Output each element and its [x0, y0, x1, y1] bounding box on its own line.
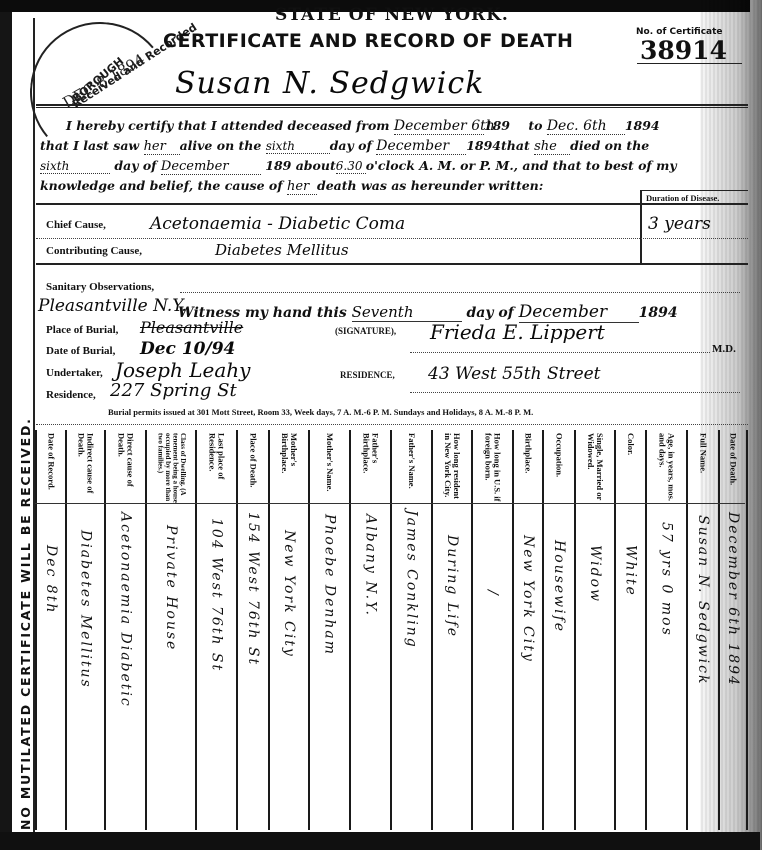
column-header: Birthplace. [514, 433, 542, 503]
undertaker-residence-label: RESIDENCE, [340, 370, 395, 380]
side-warning: NO MUTILATED CERTIFICATE WILL BE RECEIVE… [18, 417, 33, 830]
column-header: Mother's Birthplace. [270, 433, 308, 503]
column-header: Single, Married or Widowed. [576, 433, 614, 503]
cell-date-of-death: December 6th 1894 [720, 512, 746, 687]
certificate-number-underline [637, 63, 742, 64]
scan-shadow-right [700, 0, 762, 850]
table-header-separator [35, 503, 745, 504]
column-header: Date of Record. [37, 433, 65, 503]
burial-place-value: Pleasantville [140, 318, 243, 337]
column-header: Occupation. [544, 433, 574, 503]
physician-signature: Frieda E. Lippert [430, 320, 605, 344]
column-header: Full Name. [688, 433, 718, 503]
divider [36, 203, 748, 205]
cell-class-of-dwelling: Private House [147, 525, 195, 651]
cell-occupation: Housewife [544, 540, 574, 633]
cert-line-1: I hereby certify that I attended decease… [66, 118, 660, 135]
undertaker-label: Undertaker, [46, 367, 103, 379]
title-of: OF [463, 30, 493, 52]
cert-line-3: sixth day of December 189 about6.30o'clo… [40, 158, 677, 175]
residence-value: 227 Spring St [110, 380, 237, 401]
cell-age: 57 yrs 0 mos [647, 522, 686, 637]
sanitary-label: Sanitary Observations, [46, 281, 154, 293]
burial-date-value: Dec 10/94 [140, 339, 235, 359]
cert-line-4: knowledge and belief, the cause of herde… [40, 178, 543, 195]
dotted-rule [36, 424, 748, 425]
column-header: Indirect cause of Death. [67, 433, 104, 503]
cell-full-name: Susan N. Sedgwick [688, 515, 718, 685]
column-header: How long resident in New York City. [433, 433, 471, 503]
certificate-number: 38914 [640, 36, 727, 65]
last-seen-month: December [376, 138, 466, 155]
cell-marital-status: Widow [576, 545, 614, 603]
scan-border-bottom [0, 832, 760, 850]
cell-years-in-us: / [473, 590, 512, 597]
cell-mother-birthplace: New York City [270, 530, 308, 658]
column-header: Age, in years, mos. and days. [647, 433, 686, 503]
burial-place-label: Place of Burial, [46, 324, 118, 336]
dotted-rule [36, 238, 748, 239]
cell-father-name: James Conkling [392, 510, 431, 649]
divider [36, 263, 748, 265]
cell-date-of-record: Dec 8th [37, 545, 65, 614]
cell-last-residence: 104 West 76th St [197, 518, 236, 672]
md-label: M.D. [712, 343, 736, 355]
contributing-cause-value: Diabetes Mellitus [215, 241, 349, 259]
duration-value: 3 years [648, 214, 711, 234]
burial-date-label: Date of Burial, [46, 345, 115, 357]
attended-to: Dec. 6th [547, 118, 625, 135]
title-left: CERTIFICATE AND RECORD [163, 30, 456, 52]
column-rule [746, 430, 748, 830]
column-header: Father's Name. [392, 433, 431, 503]
attended-from: December 6th [394, 118, 484, 135]
dotted-rule [180, 292, 740, 293]
cell-resident-nyc: During Life [433, 535, 471, 638]
title-right: DEATH [500, 30, 573, 52]
chief-cause-value: Acetonaemia - Diabetic Coma [150, 214, 405, 234]
cell-color: White [616, 545, 645, 597]
death-month: December [161, 159, 261, 175]
column-header: Direct cause of Death. [106, 433, 145, 503]
deceased-name: Susan N. Sedgwick [175, 66, 484, 101]
column-header: Mother's Name. [310, 433, 349, 503]
divider [36, 107, 748, 108]
state-heading: STATE OF NEW YORK. [275, 5, 509, 25]
cell-father-birthplace: Albany N.Y. [351, 514, 390, 617]
scan-border-left [0, 0, 12, 850]
column-header: Class of Dwelling. (A tenement being a h… [147, 433, 195, 503]
column-header: Date of Death. [720, 433, 746, 503]
column-header: Color. [616, 433, 645, 503]
permit-notice: Burial permits issued at 301 Mott Street… [108, 407, 533, 417]
column-header: Place of Death. [238, 433, 268, 503]
divider [36, 104, 748, 106]
cert-line-2: that I last saw heralive on the sixthday… [40, 138, 649, 155]
cell-indirect-cause: Diabetes Mellitus [67, 530, 104, 689]
undertaker-value: Joseph Leahy [115, 358, 250, 382]
contributing-cause-label: Contributing Cause, [46, 245, 142, 257]
death-day: sixth [40, 159, 110, 174]
undertaker-residence-value: 43 West 55th Street [428, 364, 601, 384]
dotted-rule [410, 392, 740, 393]
residence-label: Residence, [46, 389, 96, 401]
last-seen-day: sixth [266, 139, 330, 154]
duration-label: Duration of Disease. [646, 193, 719, 203]
dotted-rule [410, 352, 710, 353]
cell-direct-cause: Acetonaemia Diabetic [106, 512, 145, 708]
cell-mother-name: Phoebe Denham [310, 514, 349, 656]
column-header: How long in U.S. if foreign born. [473, 433, 512, 503]
duration-box-divider [640, 190, 642, 265]
cell-birthplace: New York City [514, 535, 542, 663]
death-time: 6.30 [336, 159, 366, 174]
column-header: Last place of Residence. [197, 433, 236, 503]
page-title: CERTIFICATE AND RECORD OF DEATH [163, 30, 573, 52]
chief-cause-label: Chief Cause, [46, 219, 106, 231]
signature-label: (SIGNATURE), [335, 326, 396, 336]
column-header: Father's Birthplace. [351, 433, 390, 503]
sanitary-location: Pleasantville N.Y. [38, 296, 187, 316]
divider [640, 190, 748, 191]
cell-place-of-death: 154 West 76th St [238, 512, 268, 666]
